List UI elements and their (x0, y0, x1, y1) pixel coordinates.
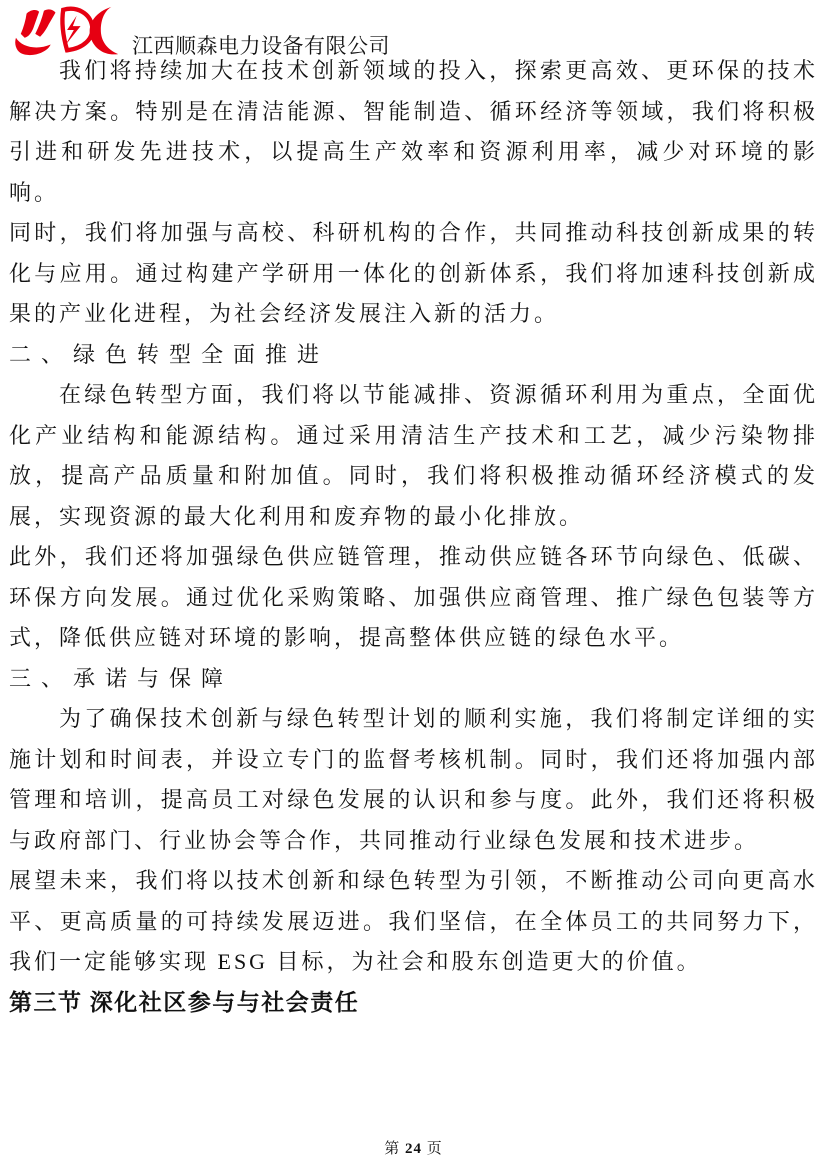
body-paragraph: 我们将持续加大在技术创新领域的投入，探索更高效、更环保的技术解决方案。特别是在清… (9, 51, 818, 213)
body-paragraph: 在绿色转型方面，我们将以节能减排、资源循环利用为重点，全面优化产业结构和能源结构… (9, 375, 818, 537)
subsection-heading: 三、承诺与保障 (9, 659, 818, 700)
body-paragraph: 展望未来，我们将以技术创新和绿色转型为引领，不断推动公司向更高水平、更高质量的可… (9, 861, 818, 983)
page-number-prefix: 第 (384, 1141, 400, 1157)
page-number: 24 (405, 1141, 422, 1157)
page-footer: 第 24 页 (0, 1137, 827, 1158)
document-page: 江西顺森电力设备有限公司 我们将持续加大在技术创新领域的投入，探索更高效、更环保… (0, 0, 827, 1164)
section-heading: 第三节 深化社区参与与社会责任 (9, 983, 818, 1024)
body-paragraph: 同时，我们将加强与高校、科研机构的合作，共同推动科技创新成果的转化与应用。通过构… (9, 213, 818, 335)
body-paragraph: 此外，我们还将加强绿色供应链管理，推动供应链各环节向绿色、低碳、环保方向发展。通… (9, 537, 818, 659)
company-logo-icon (6, 4, 132, 58)
body-paragraph: 为了确保技术创新与绿色转型计划的顺利实施，我们将制定详细的实施计划和时间表，并设… (9, 699, 818, 861)
subsection-heading: 二、绿色转型全面推进 (9, 335, 818, 376)
document-body: 我们将持续加大在技术创新领域的投入，探索更高效、更环保的技术解决方案。特别是在清… (9, 51, 818, 1023)
document-header: 江西顺森电力设备有限公司 (6, 4, 819, 58)
page-number-suffix: 页 (427, 1141, 443, 1157)
